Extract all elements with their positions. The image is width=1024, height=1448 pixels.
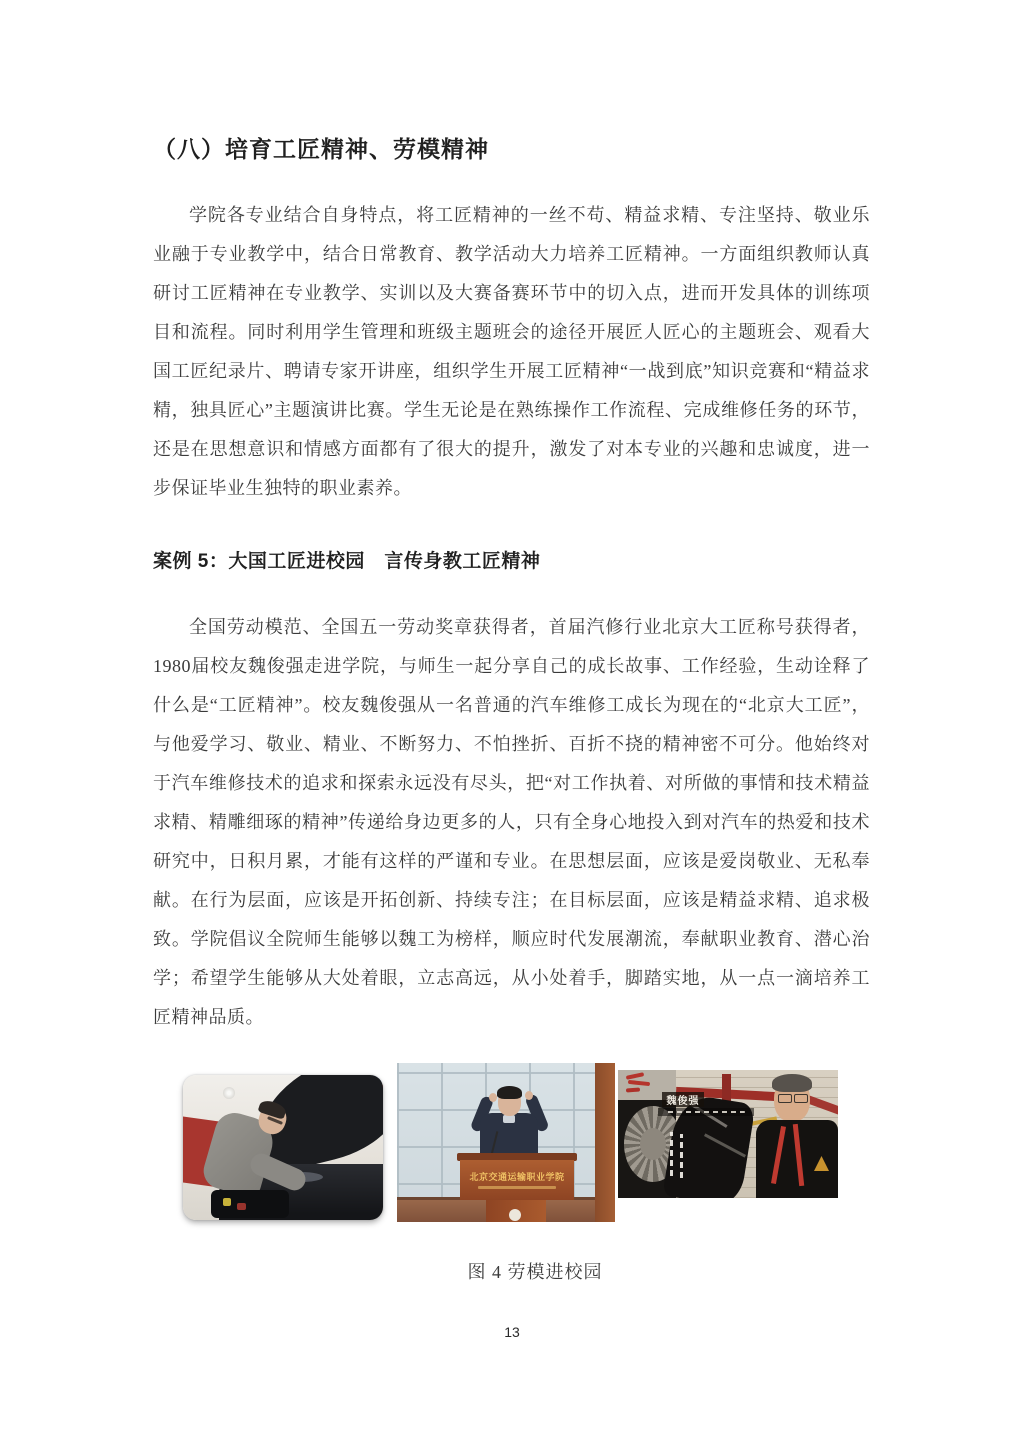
section-heading: （八）培育工匠精神、劳模精神 <box>153 131 893 164</box>
figure-caption: 图 4 劳模进校园 <box>0 1258 1024 1284</box>
speaker-right-hand <box>525 1091 533 1100</box>
interviewee-hair <box>772 1074 812 1092</box>
vertical-caption-column-1 <box>670 1132 673 1176</box>
photo-podium-speech: 北京交通运输职业学院 <box>397 1063 615 1222</box>
case-subheading: 案例 5：大国工匠进校园 言传身教工匠精神 <box>153 546 893 573</box>
paragraph-2: 全国劳动模范、全国五一劳动奖章获得者，首届汽修行业北京大工匠称号获得者，1980… <box>153 608 870 1037</box>
podium-front: 北京交通运输职业学院 <box>460 1160 574 1200</box>
document-page: （八）培育工匠精神、劳模精神 学院各专业结合自身特点，将工匠精神的一丝不苟、精益… <box>0 0 1024 1448</box>
podium-subtext-line <box>478 1186 556 1189</box>
photo-video-frame: 魏俊强 <box>618 1070 838 1198</box>
paragraph-1: 学院各专业结合自身特点，将工匠精神的一丝不苟、精益求精、专注坚持、敬业乐业融于专… <box>153 196 870 508</box>
interviewee-glasses-left <box>778 1094 792 1103</box>
machinery-gear-core <box>640 1128 666 1160</box>
vertical-caption-column-2 <box>680 1134 683 1178</box>
speaker-collar <box>503 1115 515 1123</box>
speaker-left-hand <box>489 1093 497 1102</box>
podium-text: 北京交通运输职业学院 <box>469 1172 564 1183</box>
wall-pillar <box>595 1063 615 1222</box>
ceiling-lamp <box>223 1087 235 1099</box>
subtitle-strip <box>658 1108 754 1116</box>
page-number: 13 <box>0 1324 1024 1340</box>
interviewee-glasses-right <box>794 1094 808 1103</box>
podium-emblem <box>509 1209 521 1221</box>
speaker-hair <box>497 1086 522 1099</box>
photo-mechanic <box>183 1075 383 1220</box>
name-overlay-plate: 魏俊强 <box>662 1092 704 1107</box>
red-pipe-vertical <box>722 1074 731 1102</box>
engine-part-red <box>237 1203 246 1210</box>
engine-part-yellow <box>223 1198 231 1206</box>
name-overlay-text: 魏俊强 <box>667 1092 700 1107</box>
